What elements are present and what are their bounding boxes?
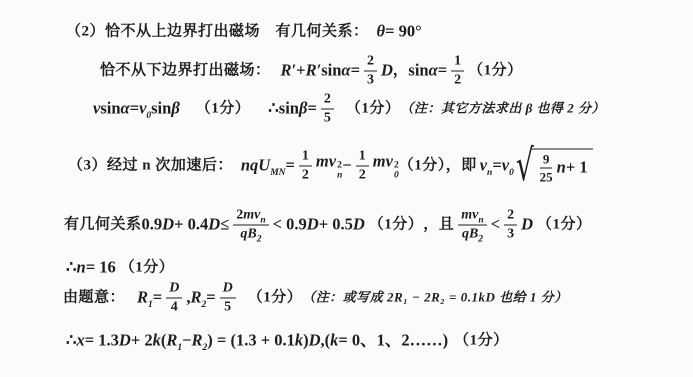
formula-line-4: （3）经过 n 次加速后：nqUMN = 12mv2n − 12mv20（1分）… xyxy=(68,149,595,184)
cjk-text: 有几何关系 xyxy=(64,216,142,233)
math-variable: qB2 xyxy=(240,228,261,242)
math-italic: β xyxy=(171,100,179,119)
math-variable: mv2n xyxy=(316,152,342,180)
math-upright: 25 xyxy=(540,171,553,184)
math-italic: n xyxy=(77,259,86,278)
math-upright: − xyxy=(182,332,191,351)
math-upright: 1 xyxy=(302,150,309,164)
cjk-text: （1分） xyxy=(196,100,251,117)
note-text: （注：或写成 2R₁ − 2R₂ = 0.1kD 也给 1 分） xyxy=(302,291,567,306)
math-italic: D xyxy=(119,332,131,351)
math-upright: 5 xyxy=(224,301,231,315)
math-upright: + 0.4 xyxy=(174,216,208,235)
math-upright: 5 xyxy=(324,112,331,126)
math-variable: qB2 xyxy=(462,228,483,242)
radical-sign: √ xyxy=(516,144,534,187)
fraction-denominator: 5 xyxy=(324,110,331,126)
math-upright: + 0.5 xyxy=(319,216,353,235)
formula-line-5: 有几何关系0.9D + 0.4D ≤ 2mvnqB2 < 0.9D + 0.5D… xyxy=(64,209,592,242)
sub-sup-stack: 2n xyxy=(337,161,342,181)
subscript: n xyxy=(337,171,342,181)
sub-sup-stack: 20 xyxy=(394,161,399,181)
math-upright: = 16 xyxy=(86,259,116,278)
math-variable: mv20 xyxy=(373,152,399,180)
math-upright: + 1 xyxy=(566,159,588,178)
cjk-text: （1分） xyxy=(369,216,424,233)
fraction-denominator: 3 xyxy=(507,226,514,242)
math-italic: D xyxy=(169,282,179,296)
fraction: 2mvnqB2 xyxy=(233,209,268,242)
math-upright: sin xyxy=(100,100,120,119)
math-variable: mvn xyxy=(461,209,483,223)
cjk-text: 由题意： xyxy=(63,289,125,306)
fraction: 25 xyxy=(321,93,334,126)
math-italic: x xyxy=(77,332,85,351)
math-italic: D xyxy=(208,216,220,235)
math-italic: k xyxy=(330,332,338,351)
math-upright: + 2 xyxy=(131,332,153,351)
math-italic: β xyxy=(299,100,307,119)
document-page: （2）恰不从上边界打出磁场 有几何关系：θ = 90° 恰不从下边界打出磁场：R… xyxy=(0,0,693,377)
cjk-text: （1分） xyxy=(537,216,592,233)
math-italic: v xyxy=(93,100,100,119)
cjk-text: （1分） xyxy=(248,289,303,306)
math-italic: α xyxy=(341,62,350,81)
math-upright: 2 xyxy=(302,169,309,183)
math-upright: = xyxy=(130,100,139,119)
math-upright: ) = (1.3 + 0.1 xyxy=(207,332,295,351)
fraction-denominator: 2 xyxy=(302,167,309,183)
math-upright: 4 xyxy=(171,301,178,315)
math-upright: = xyxy=(438,62,447,81)
fraction: D4 xyxy=(166,282,182,315)
formula-line-6: ∴n = 16（1分） xyxy=(66,259,174,278)
math-italic: n xyxy=(557,159,566,178)
fraction-numerator: mvn xyxy=(458,209,486,226)
math-variable: R1 xyxy=(137,289,153,308)
subscript: 0 xyxy=(394,171,399,181)
fraction-numerator: 1 xyxy=(356,150,369,167)
math-upright: = 1.3 xyxy=(85,332,119,351)
fraction: 12 xyxy=(451,55,464,88)
math-upright: = xyxy=(307,100,316,119)
square-root: √925n + 1 xyxy=(516,149,593,184)
fraction-numerator: 1 xyxy=(299,150,312,167)
cjk-text: 恰不从下边界打出磁场： xyxy=(100,62,271,79)
math-upright: = 90° xyxy=(385,23,422,42)
fraction: mvnqB2 xyxy=(458,209,486,242)
math-upright: < xyxy=(491,216,500,235)
math-variable: vn xyxy=(480,157,493,176)
math-upright: ,( xyxy=(321,332,331,351)
math-upright: ≤ xyxy=(220,216,229,235)
formula-line-7: 由题意：R1 = D4, R2 = D5（1分）（注：或写成 2R₁ − 2R₂… xyxy=(63,282,568,315)
math-upright: = xyxy=(351,62,360,81)
math-upright: 2 xyxy=(367,55,374,69)
fraction: 925 xyxy=(540,153,553,184)
math-upright: sin xyxy=(408,62,428,81)
cjk-text: ， xyxy=(393,62,409,79)
math-upright: 9 xyxy=(543,153,550,166)
fraction-numerator: 9 xyxy=(540,153,553,169)
cjk-text: （1分） xyxy=(454,332,509,349)
math-upright: 2 xyxy=(236,209,243,223)
math-upright: ∴sin xyxy=(268,100,299,119)
math-upright: 3 xyxy=(367,74,374,88)
math-italic: k xyxy=(295,332,303,351)
math-variable: mvn xyxy=(243,209,265,223)
cjk-text: （3）经过 n 次加速后： xyxy=(68,157,233,174)
math-italic: θ xyxy=(377,23,386,42)
math-italic: D xyxy=(162,216,174,235)
math-italic: D xyxy=(381,62,393,81)
fraction-numerator: 2mvn xyxy=(233,209,268,226)
cjk-text: （2）恰不从上边界打出磁场 有几何关系： xyxy=(66,23,369,40)
math-upright: 3 xyxy=(507,228,514,242)
fraction-denominator: 2 xyxy=(454,72,461,88)
fraction-numerator: 2 xyxy=(504,209,517,226)
math-variable: v0 xyxy=(502,157,514,176)
math-italic: α xyxy=(429,62,438,81)
math-upright: 1 xyxy=(359,150,366,164)
math-upright: = xyxy=(206,289,215,308)
math-upright: 1 xyxy=(454,55,461,69)
fraction-denominator: 25 xyxy=(540,169,553,184)
math-upright: 2 xyxy=(324,93,331,107)
math-upright: sin xyxy=(151,100,171,119)
formula-line-1: （2）恰不从上边界打出磁场 有几何关系：θ = 90° xyxy=(66,23,422,42)
note-text: （注：其它方法求出 β 也得 2 分） xyxy=(400,102,605,117)
math-upright: ∴ xyxy=(66,332,77,351)
formula-line-2: 恰不从下边界打出磁场：R′ + R′sinα = 23D，sinα = 12（1… xyxy=(100,55,523,88)
fraction-denominator: qB2 xyxy=(462,226,483,242)
math-variable: v0 xyxy=(139,100,151,119)
fraction-denominator: 3 xyxy=(367,72,374,88)
math-upright: = xyxy=(492,157,501,176)
math-upright: ∴ xyxy=(66,259,77,278)
radicand: 925n + 1 xyxy=(530,149,593,184)
math-upright: + xyxy=(296,62,305,81)
cjk-text: （1分） xyxy=(120,259,175,276)
fraction: 23 xyxy=(504,209,517,242)
fraction-denominator: 2 xyxy=(359,167,366,183)
math-upright: 2 xyxy=(359,169,366,183)
math-italic: D xyxy=(223,282,233,296)
fraction-numerator: D xyxy=(166,282,182,299)
cjk-text: （1分） xyxy=(468,62,523,79)
math-italic: D xyxy=(309,332,321,351)
math-italic: k xyxy=(153,332,161,351)
math-variable: R2 xyxy=(192,332,208,351)
math-upright: 2 xyxy=(507,209,514,223)
cjk-text: （1分） xyxy=(346,100,401,117)
math-italic: α xyxy=(121,100,130,119)
math-upright: 2 xyxy=(454,74,461,88)
cjk-text: ，且 xyxy=(423,216,454,233)
fraction-denominator: 4 xyxy=(171,299,178,315)
math-upright: sin xyxy=(321,62,341,81)
fraction-numerator: D xyxy=(220,282,236,299)
cjk-text: （1分），即 xyxy=(399,157,477,174)
fraction: D5 xyxy=(220,282,236,315)
fraction-numerator: 1 xyxy=(451,55,464,72)
math-italic: R′ xyxy=(306,62,322,81)
fraction: 23 xyxy=(364,55,377,88)
math-italic: D xyxy=(353,216,365,235)
math-italic: D xyxy=(307,216,319,235)
math-variable: nqUMN xyxy=(241,157,286,176)
math-upright: = xyxy=(153,289,162,308)
math-italic: R′ xyxy=(281,62,297,81)
math-variable: R2 xyxy=(190,289,206,308)
fraction-denominator: qB2 xyxy=(240,226,261,242)
fraction-numerator: 2 xyxy=(321,93,334,110)
fraction: 12 xyxy=(356,150,369,183)
math-upright: < 0.9 xyxy=(273,216,307,235)
math-upright: = 0、1、2……) xyxy=(338,332,448,351)
fraction: 12 xyxy=(299,150,312,183)
math-variable: R1 xyxy=(166,332,182,351)
math-upright: − xyxy=(342,157,351,176)
math-italic: D xyxy=(521,216,533,235)
math-upright: = xyxy=(286,157,295,176)
fraction-denominator: 5 xyxy=(224,299,231,315)
formula-line-3: vsinα = v0sinβ（1分）∴sinβ=25（1分）（注：其它方法求出 … xyxy=(93,93,605,126)
fraction-numerator: 2 xyxy=(364,55,377,72)
math-upright: 0.9 xyxy=(142,216,163,235)
formula-line-8: ∴x = 1.3D + 2k(R1 − R2) = (1.3 + 0.1k)D,… xyxy=(66,332,509,351)
